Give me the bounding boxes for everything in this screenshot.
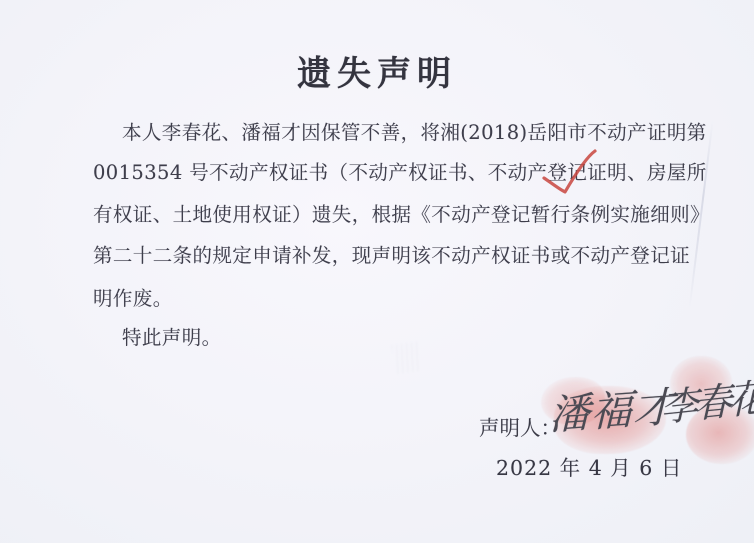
body-line-2: 0015354 号不动产权证书（不动产权证书、不动产登记 证明、房屋所	[93, 160, 693, 186]
signature-li-chunhua: 李春花	[660, 367, 754, 433]
signature-pan-fucai: 潘福才	[549, 374, 675, 442]
scanned-declaration-page: 遗失声明 本人李春花、潘福才因保管不善，将湘(2018)岳阳市不动产证明第 00…	[0, 0, 754, 543]
date-line: 2022 年 4 月 6 日	[496, 451, 682, 481]
closing-line: 特此声明。	[122, 325, 722, 351]
body-line-3: 有权证、土地使用权证）遗失，根据《不动产登记暂行条例实施细则》	[93, 202, 693, 228]
checkmarked-text: 登记	[547, 160, 587, 186]
checkmarked-text-label: 登记	[547, 161, 587, 184]
body-line-2-after: 证明、房屋所	[587, 161, 706, 184]
body-line-2-before: 0015354 号不动产权证书（不动产权证书、不动产	[93, 161, 547, 184]
body-line-5: 明作废。	[93, 286, 693, 312]
body-line-1: 本人李春花、潘福才因保管不善，将湘(2018)岳阳市不动产证明第	[122, 120, 722, 146]
document-title: 遗失声明	[0, 46, 754, 95]
body-line-4: 第二十二条的规定申请补发，现声明该不动产权证书或不动产登记证	[93, 243, 693, 269]
